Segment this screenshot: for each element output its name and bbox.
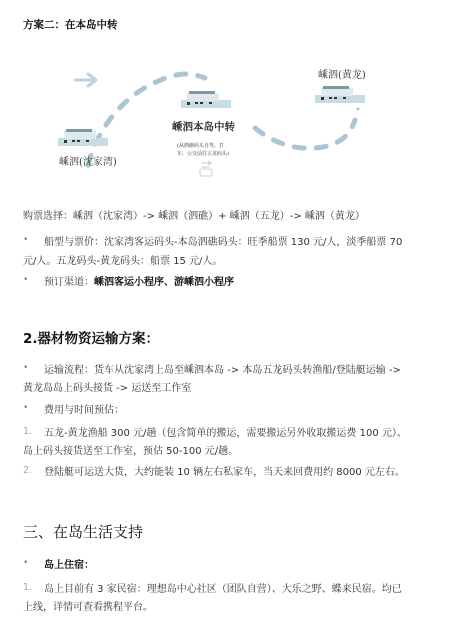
ferry-boat-icon: [315, 86, 365, 103]
ferry-boat-icon: [181, 91, 231, 108]
label-middle: 嵊泗本岛中转: [172, 119, 235, 134]
cost-estimate-label: 费用与时间预估：: [44, 401, 124, 416]
list-number: 2.: [23, 465, 32, 476]
car-icon: [200, 161, 212, 176]
bullet-glyph: •: [23, 403, 28, 413]
label-end: 嵊泗(黄龙): [318, 66, 366, 81]
fishing-boat-cost-line2: 岛上码头接货送至工作室，预估 50-100 元/趟。: [23, 442, 238, 457]
landing-craft-cost: 登陆艇可运送大货，大约能装 10 辆左右私家车，当天来回费用约 8000 元左右…: [44, 463, 405, 478]
bullet-glyph: •: [23, 235, 28, 245]
label-start: 嵊泗(沈家湾): [59, 153, 117, 168]
homestay-line2: 上线，详情可查看携程平台。: [23, 598, 153, 613]
booking-channel-label: 预订渠道：: [44, 277, 94, 288]
section3-heading: 三、在岛生活支持: [23, 521, 143, 542]
list-number: 1.: [23, 582, 32, 593]
section2-heading: 2.器材物资运输方案：: [23, 327, 159, 347]
purchase-line: 购票选择：嵊泗（沈家湾）-> 嵊泗（泗礁）+ 嵊泗（五龙）-> 嵊泗（黄龙）: [23, 207, 365, 222]
right-arrow-icon: [75, 74, 96, 86]
ticket-price-line1: 船型与票价：沈家湾客运码头-本岛泗礁码头：旺季船票 130 元/人，淡季船票 7…: [44, 233, 402, 248]
route-diagram: 嵊泗(沈家湾) 嵊泗本岛中转 (从泗礁码头自驾、打 车、公交前往五龙码头) 嵊泗…: [0, 50, 462, 200]
bullet-glyph: •: [23, 363, 28, 373]
accommodation-label: 岛上住宿：: [44, 556, 94, 571]
label-middle-note-2: 车、公交前往五龙码头): [177, 150, 229, 157]
booking-channel-value: 嵊泗客运小程序、游嵊泗小程序: [94, 277, 234, 288]
bullet-glyph: •: [23, 275, 28, 285]
plan2-heading: 方案二：在本岛中转: [23, 17, 118, 32]
bullet-glyph: •: [23, 558, 28, 568]
ticket-price-line2: 元/人。五龙码头-黄龙码头：船票 15 元/人。: [23, 252, 222, 267]
label-middle-note-1: (从泗礁码头自驾、打: [177, 142, 224, 149]
transport-flow-line1: 运输流程：货车从沈家湾上岛至嵊泗本岛 -> 本岛五龙码头转渔船/登陆艇运输 ->: [44, 361, 401, 376]
booking-channel: 预订渠道：嵊泗客运小程序、游嵊泗小程序: [44, 273, 234, 288]
fishing-boat-cost-line1: 五龙-黄龙渔船 300 元/趟（包含简单的搬运，需要搬运另外收取搬运费 100 …: [44, 424, 407, 439]
transport-flow-line2: 黄龙岛岛上码头接货 -> 运送至工作室: [23, 379, 191, 394]
list-number: 1.: [23, 426, 32, 437]
homestay-line1: 岛上目前有 3 家民宿：理想岛中心社区（团队自营）、大乐之野、蝶来民宿。均已: [44, 580, 402, 595]
